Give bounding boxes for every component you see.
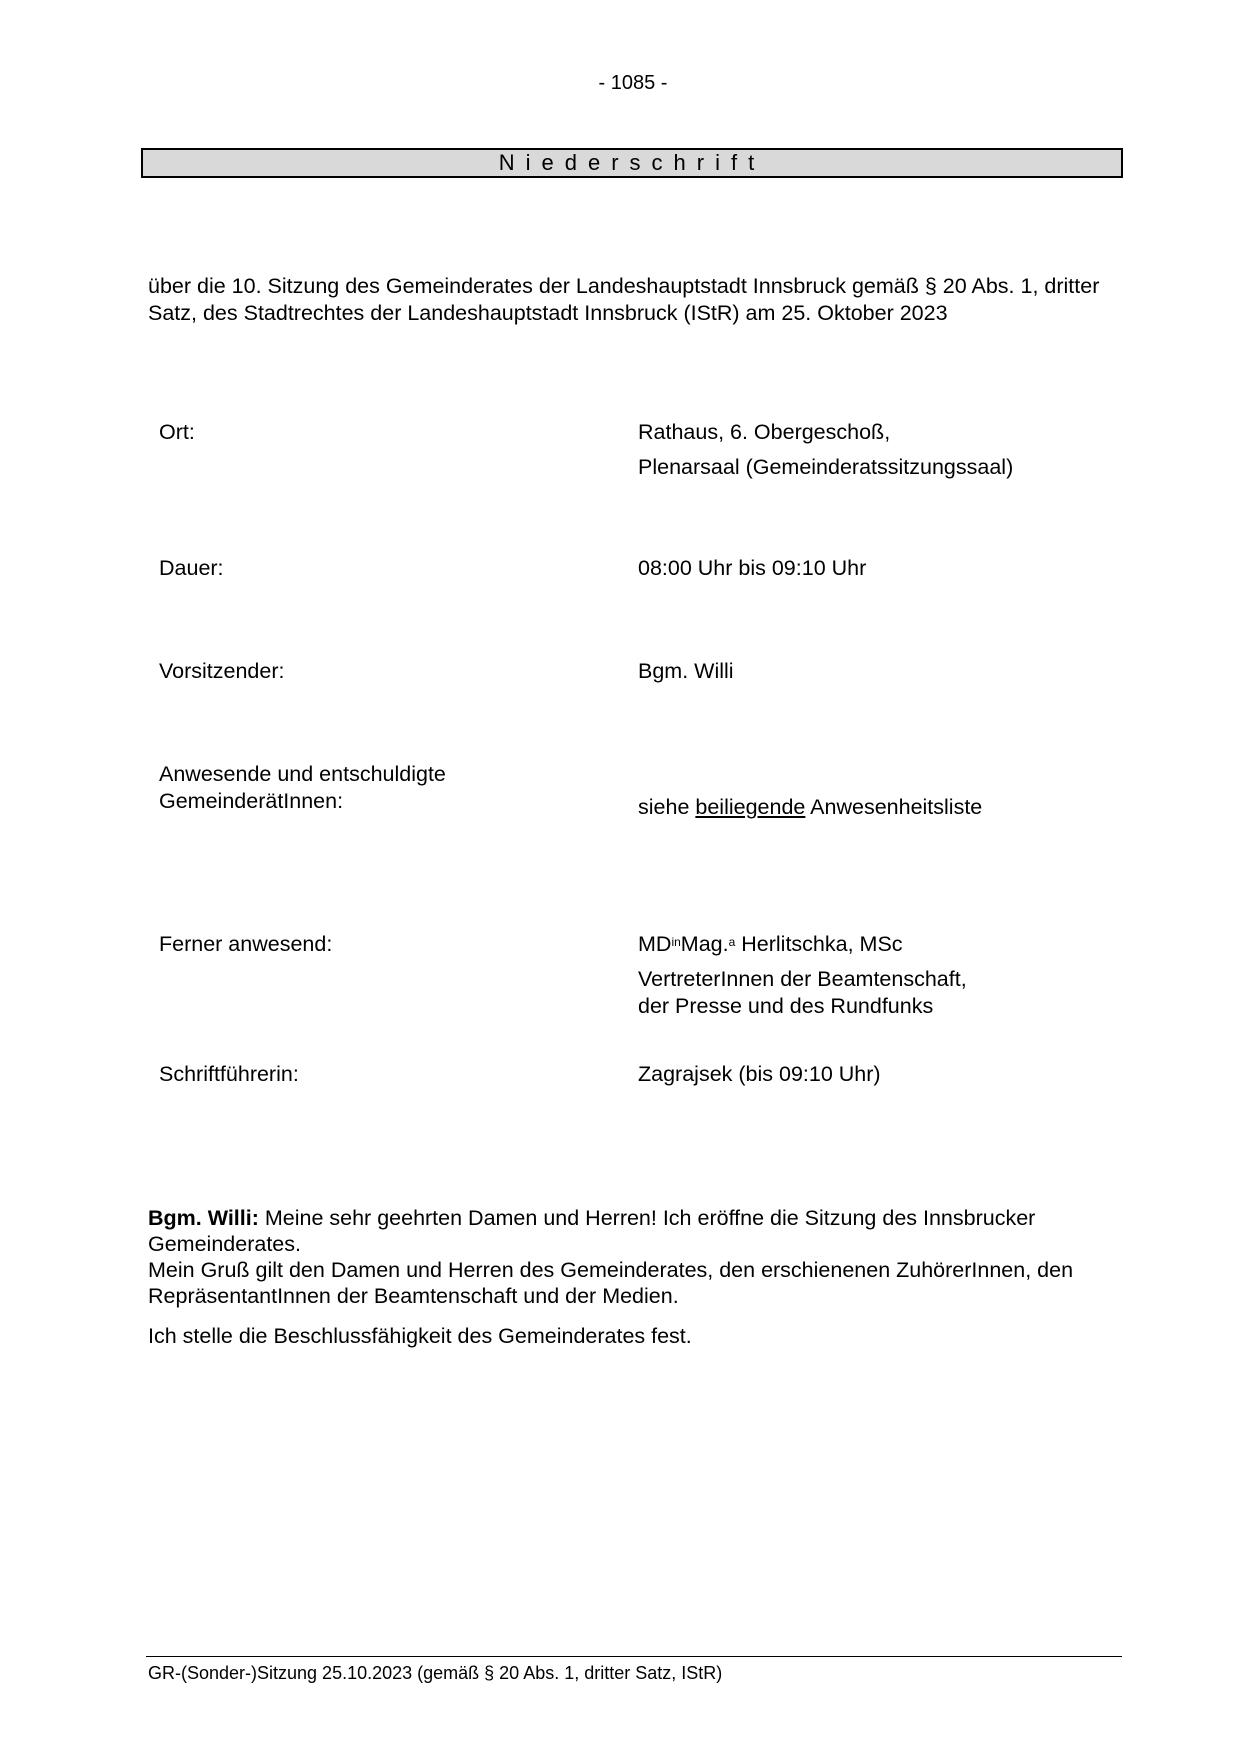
speech-line1: Bgm. Willi: Meine sehr geehrten Damen un…: [148, 1205, 1128, 1257]
value-ferner-line2: VertreterInnen der Beamtenschaft,: [638, 966, 967, 993]
value-dauer: 08:00 Uhr bis 09:10 Uhr: [638, 555, 866, 582]
value-anwesende: siehe beiliegende Anwesenheitsliste: [638, 794, 982, 821]
value-ferner-mag-sup: a: [729, 935, 736, 949]
page-number: - 1085 -: [0, 72, 1241, 95]
footer-text: GR-(Sonder-)Sitzung 25.10.2023 (gemäß § …: [148, 1663, 722, 1684]
label-dauer: Dauer:: [159, 555, 224, 582]
value-ferner: MDinMag.a Herlitschka, MSc VertreterInne…: [638, 931, 967, 1020]
value-ferner-md: MD: [638, 932, 671, 956]
label-ferner: Ferner anwesend:: [159, 931, 332, 958]
value-ort-line1: Rathaus, 6. Obergeschoß,: [638, 420, 890, 444]
value-ferner-md-sup: in: [671, 935, 680, 949]
value-ferner-mag: Mag.: [681, 932, 729, 956]
document-title: Niederschrift: [141, 148, 1123, 178]
value-ort-line2: Plenarsaal (Gemeinderatssitzungssaal): [638, 454, 1013, 481]
speech-line2: Mein Gruß gilt den Damen und Herren des …: [148, 1257, 1128, 1309]
value-ferner-line3: der Presse und des Rundfunks: [638, 993, 967, 1020]
label-anwesende-line1: Anwesende und entschuldigte: [159, 762, 446, 786]
speech-line3: Ich stelle die Beschlussfähigkeit des Ge…: [148, 1323, 1128, 1349]
attendance-list-link: beiliegende: [695, 795, 805, 819]
label-anwesende: Anwesende und entschuldigte GemeinderätI…: [159, 761, 446, 815]
value-ferner-name: Herlitschka, MSc: [735, 932, 902, 956]
footer-divider: [146, 1656, 1122, 1657]
label-vorsitzender: Vorsitzender:: [159, 658, 284, 685]
value-ort: Rathaus, 6. Obergeschoß, Plenarsaal (Gem…: [638, 419, 1013, 481]
label-ort: Ort:: [159, 419, 195, 446]
label-schriftfuehrerin: Schriftführerin:: [159, 1061, 299, 1088]
speaker-name: Bgm. Willi:: [148, 1206, 259, 1230]
label-anwesende-line2: GemeinderätInnen:: [159, 789, 343, 813]
value-anwesende-post: Anwesenheitsliste: [805, 795, 982, 819]
intro-paragraph: über die 10. Sitzung des Gemeinderates d…: [148, 273, 1128, 327]
value-vorsitzender: Bgm. Willi: [638, 658, 734, 685]
speech-block: Bgm. Willi: Meine sehr geehrten Damen un…: [148, 1205, 1128, 1349]
speech-text1: Meine sehr geehrten Damen und Herren! Ic…: [148, 1206, 1035, 1256]
value-anwesende-pre: siehe: [638, 795, 695, 819]
value-schriftfuehrerin: Zagrajsek (bis 09:10 Uhr): [638, 1061, 881, 1088]
